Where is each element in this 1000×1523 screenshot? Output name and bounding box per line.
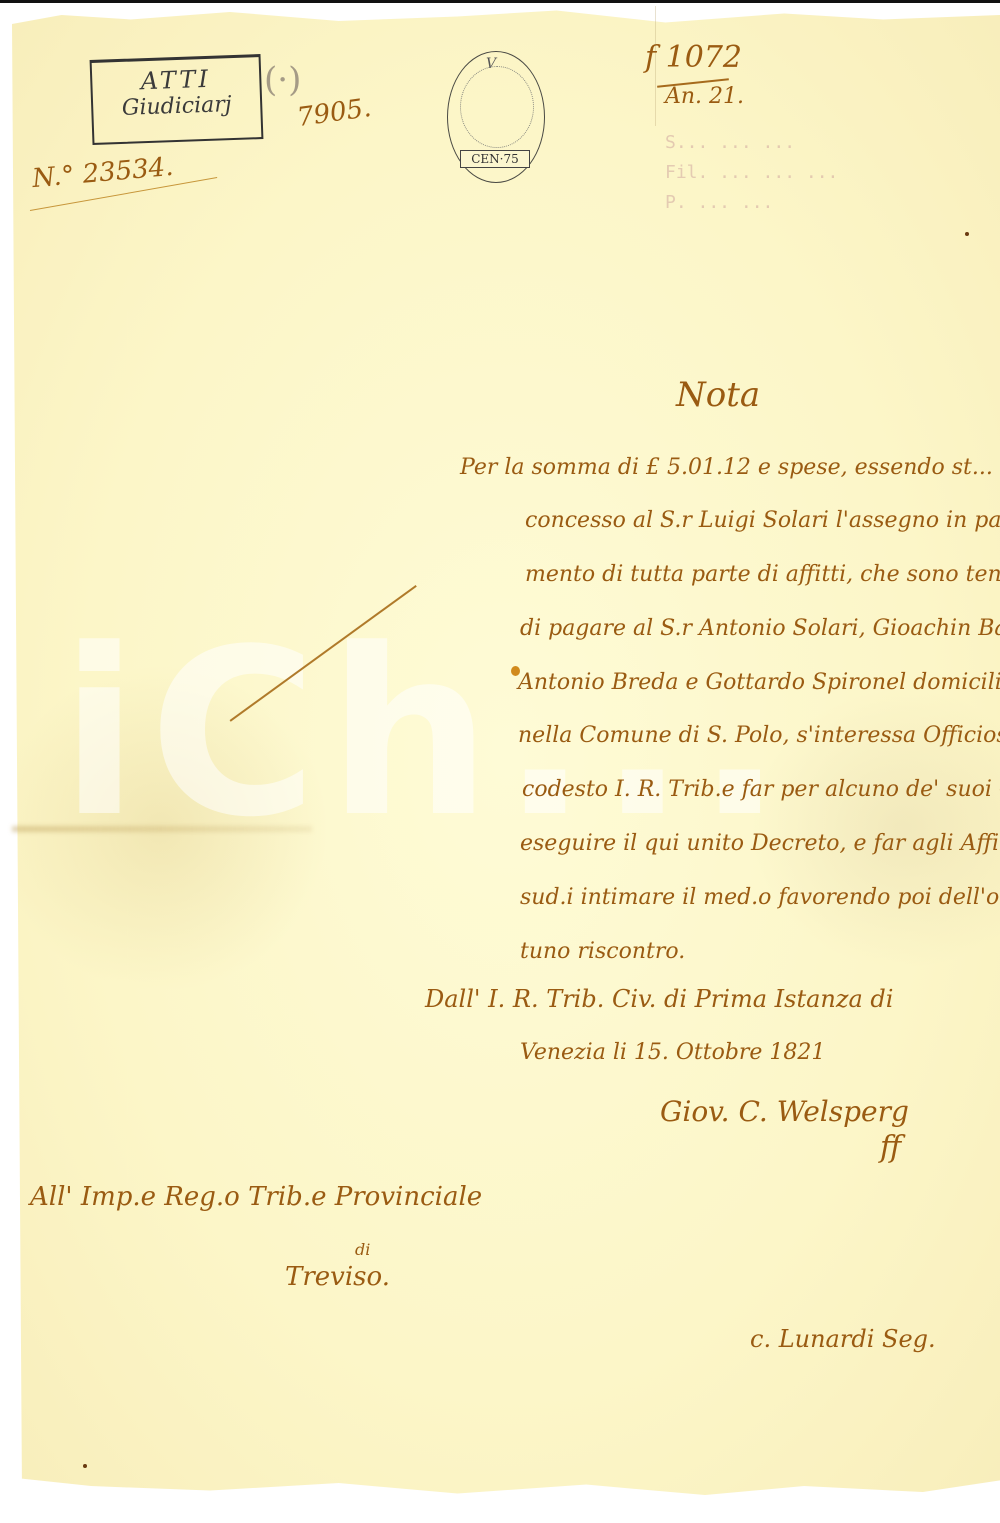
document-heading: Nota xyxy=(676,375,760,415)
fiorini-amount: f 1072 xyxy=(645,40,742,75)
ink-dot xyxy=(965,232,969,236)
stamp-paren-mark: (·) xyxy=(264,60,301,100)
body-line: mento di tutta parte di affitti, che son… xyxy=(525,562,1000,587)
paper-fold-stain xyxy=(12,826,312,832)
year-annotation: An. 21. xyxy=(665,84,744,109)
addressee-di: di xyxy=(355,1240,370,1259)
body-line: codesto I. R. Trib.e far per alcuno de' … xyxy=(522,777,1000,802)
body-line: sud.i intimare il med.o favorendo poi de… xyxy=(520,885,1000,910)
body-line: concesso al S.r Luigi Solari l'assegno i… xyxy=(525,508,1000,533)
atti-giudiciarj-stamp: ATTI Giudiciarj xyxy=(90,54,264,145)
body-line: Antonio Breda e Gottardo Spironel domici… xyxy=(518,670,1000,695)
ink-dot xyxy=(83,1464,87,1468)
pencil-line: S... ... ... xyxy=(665,128,838,158)
secretary-signature: c. Lunardi Seg. xyxy=(750,1325,936,1353)
document-date: Venezia li 15. Ottobre 1821 xyxy=(520,1040,825,1065)
body-line: Per la somma di £ 5.01.12 e spese, essen… xyxy=(460,455,993,480)
ink-blot xyxy=(511,666,520,676)
seal-wreath-icon xyxy=(460,66,534,148)
document-paper xyxy=(12,6,1000,1501)
body-line: tuno riscontro. xyxy=(520,939,685,964)
issuing-court: Dall' I. R. Trib. Civ. di Prima Istanza … xyxy=(425,985,893,1013)
seal-value-label: CEN·75 xyxy=(460,150,530,168)
body-line: di pagare al S.r Antonio Solari, Gioachi… xyxy=(520,616,1000,641)
stamp-line-2: Giudiciarj xyxy=(93,91,261,122)
main-signature: Giov. C. Welsperg xyxy=(660,1095,909,1128)
addressee-line: All' Imp.e Reg.o Trib.e Provinciale xyxy=(30,1182,482,1212)
signature-flourish: ff xyxy=(880,1130,901,1165)
faint-pencil-notes: S... ... ... Fil. ... ... ... P. ... ... xyxy=(665,128,838,218)
tax-seal-stamp: V CEN·75 xyxy=(447,51,545,183)
pencil-line: P. ... ... xyxy=(665,188,838,218)
scan-top-border xyxy=(0,0,1000,3)
addressee-city: Treviso. xyxy=(285,1262,390,1292)
pencil-line: Fil. ... ... ... xyxy=(665,158,838,188)
body-line: eseguire il qui unito Decreto, e far agl… xyxy=(520,831,1000,856)
body-line: nella Comune di S. Polo, s'interessa Off… xyxy=(518,723,1000,748)
